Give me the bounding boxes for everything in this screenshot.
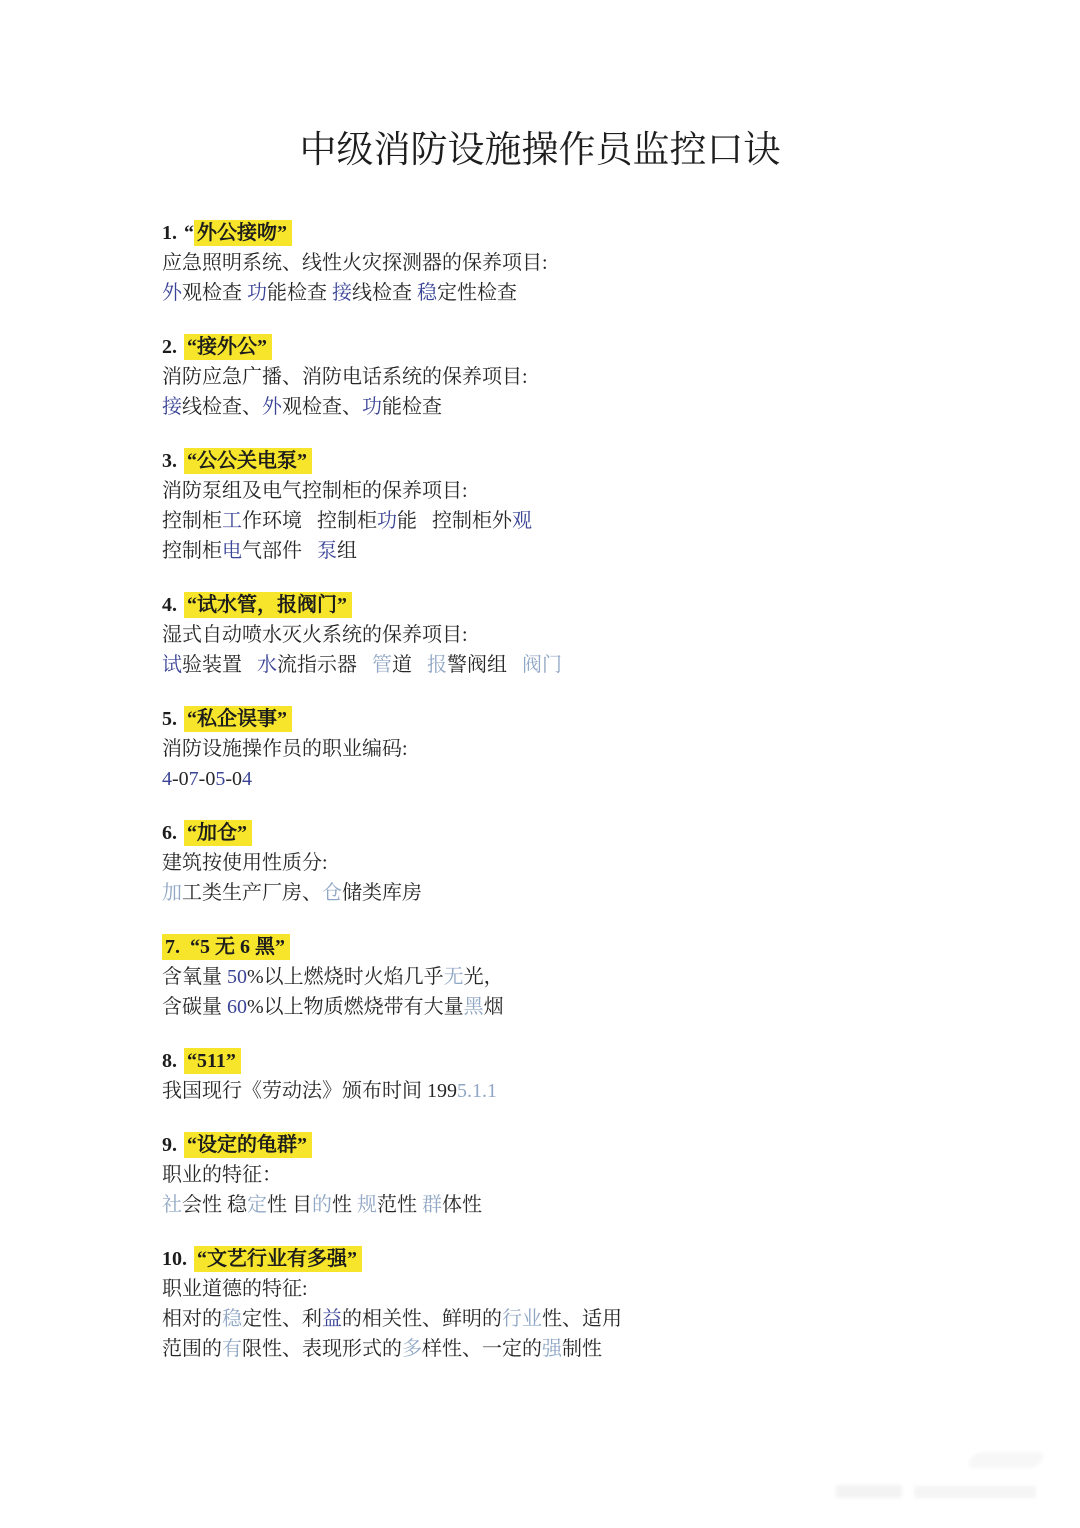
item-header: 10.“文艺行业有多强”: [162, 1244, 1040, 1274]
text-segment: 含氧量: [162, 966, 227, 988]
emphasis-char: 管: [372, 654, 392, 676]
item-number: 9.: [162, 1134, 177, 1156]
item-number: 4.: [162, 594, 177, 616]
text-segment: 制性: [562, 1338, 602, 1360]
mnemonic-highlight: “接外公”: [184, 334, 272, 360]
text-segment: -0: [225, 768, 242, 790]
text-segment: 线检查: [352, 282, 417, 304]
item-line: 社会性 稳定性 目的性 规范性 群体性: [162, 1190, 1040, 1220]
item-number: 1.: [162, 222, 177, 244]
emphasis-char: 黑: [464, 996, 484, 1018]
item-number: 6.: [162, 822, 177, 844]
text-segment: 应急照明系统、线性火灾探测器的保养项目:: [162, 252, 548, 274]
emphasis-char: 4: [242, 768, 252, 790]
text-segment: 建筑按使用性质分:: [162, 852, 328, 874]
item-line: 我国现行《劳动法》颁布时间 1995.1.1: [162, 1076, 1040, 1106]
mnemonic-item: 1.“外公接吻” 应急照明系统、线性火灾探测器的保养项目:外观检查 功能检查 接…: [162, 218, 1040, 308]
emphasis-char: 外: [262, 396, 282, 418]
text-segment: 警阀组: [447, 654, 522, 676]
text-segment: 能检查: [267, 282, 332, 304]
text-segment: 的相关性、鲜明的: [342, 1308, 502, 1330]
text-segment: 消防应急广播、消防电话系统的保养项目:: [162, 366, 528, 388]
item-line: 控制柜电气部件 泵组: [162, 536, 1040, 566]
mnemonic-highlight: “设定的龟群”: [184, 1132, 312, 1158]
item-number: 5.: [162, 708, 177, 730]
text-segment: 性: [332, 1194, 357, 1216]
item-line: 消防应急广播、消防电话系统的保养项目:: [162, 362, 1040, 392]
item-number: 10.: [162, 1248, 187, 1270]
text-segment: 线检查、: [182, 396, 262, 418]
text-segment: 能检查: [382, 396, 442, 418]
emphasis-char: 功: [377, 510, 397, 532]
emphasis-char: 60: [227, 996, 247, 1018]
page-title: 中级消防设施操作员监控口诀: [0, 0, 1080, 176]
mnemonic-highlight: “公公关电泵”: [184, 448, 312, 474]
text-segment: 烟: [484, 996, 504, 1018]
item-line: 含碳量 60%以上物质燃烧带有大量黑烟: [162, 992, 1040, 1022]
text-segment: 控制柜: [317, 510, 377, 532]
item-header: 6.“加仓”: [162, 818, 1040, 848]
text-segment: 流指示器: [277, 654, 372, 676]
text-segment: 性 目: [267, 1194, 312, 1216]
item-line: 含氧量 50%以上燃烧时火焰几乎无光，: [162, 962, 1040, 992]
mnemonic-list: 1.“外公接吻” 应急照明系统、线性火灾探测器的保养项目:外观检查 功能检查 接…: [0, 176, 1080, 1364]
item-line: 外观检查 功能检查 接线检查 稳定性检查: [162, 278, 1040, 308]
item-line: 接线检查、外观检查、功能检查: [162, 392, 1040, 422]
emphasis-char: 规: [357, 1194, 377, 1216]
item-line: 消防设施操作员的职业编码:: [162, 734, 1040, 764]
emphasis-char: 7: [189, 768, 199, 790]
item-header: 4.“试水管，报阀门”: [162, 590, 1040, 620]
item-header: 9.“设定的龟群”: [162, 1130, 1040, 1160]
item-header: 8.“511”: [162, 1046, 1040, 1076]
mnemonic-item: 4.“试水管，报阀门” 湿式自动喷水灭火系统的保养项目:试验装置 水流指示器 管…: [162, 590, 1040, 680]
watermark-text-cn: [836, 1485, 902, 1498]
mnemonic-highlight: “511”: [184, 1048, 241, 1074]
item-header: 7. “5 无 6 黑”: [162, 932, 1040, 962]
mnemonic-item: 5.“私企误事” 消防设施操作员的职业编码:4-07-05-04: [162, 704, 1040, 794]
document-page: 中级消防设施操作员监控口诀 1.“外公接吻” 应急照明系统、线性火灾探测器的保养…: [0, 0, 1080, 1528]
text-segment: 范性: [377, 1194, 422, 1216]
mnemonic-item: 10.“文艺行业有多强” 职业道德的特征:相对的稳定性、利益的相关性、鲜明的行业…: [162, 1244, 1040, 1364]
emphasis-char: 功: [247, 282, 267, 304]
emphasis-char: 行业: [502, 1308, 542, 1330]
emphasis-char: 加: [162, 882, 182, 904]
item-line: 建筑按使用性质分:: [162, 848, 1040, 878]
item-number: 3.: [162, 450, 177, 472]
text-segment: 消防泵组及电气控制柜的保养项目:: [162, 480, 468, 502]
text-segment: 控制柜: [162, 510, 222, 532]
text-segment: 范围的: [162, 1338, 222, 1360]
text-segment: -0: [172, 768, 189, 790]
item-line: 相对的稳定性、利益的相关性、鲜明的行业性、适用: [162, 1304, 1040, 1334]
emphasis-char: 电: [222, 540, 242, 562]
mnemonic-highlight: “文艺行业有多强”: [194, 1246, 362, 1272]
emphasis-char: 报: [427, 654, 447, 676]
emphasis-char: 的: [312, 1194, 332, 1216]
emphasis-char: 5: [215, 768, 225, 790]
mnemonic-highlight: “试水管，报阀门”: [184, 592, 352, 618]
emphasis-char: 外: [162, 282, 182, 304]
emphasis-char: 5.1.1: [457, 1080, 497, 1102]
mnemonic-highlight: “私企误事”: [184, 706, 292, 732]
text-segment: 我国现行《劳动法》颁布时间 199: [162, 1080, 457, 1102]
text-segment: 观检查: [182, 282, 247, 304]
text-segment: 会性 稳: [182, 1194, 247, 1216]
item-line: 湿式自动喷水灭火系统的保养项目:: [162, 620, 1040, 650]
emphasis-char: 社: [162, 1194, 182, 1216]
emphasis-char: 接: [332, 282, 352, 304]
emphasis-char: 群: [422, 1194, 442, 1216]
mnemonic-highlight: 外公接吻”: [194, 220, 292, 246]
text-segment: 职业道德的特征:: [162, 1278, 308, 1300]
text-segment: 定性、利: [242, 1308, 322, 1330]
text-segment: 定性检查: [437, 282, 517, 304]
emphasis-char: 仓: [322, 882, 342, 904]
text-segment: 性、适用: [542, 1308, 622, 1330]
text-segment: 气部件: [242, 540, 317, 562]
text-segment: 体性: [442, 1194, 482, 1216]
text-segment: -0: [199, 768, 216, 790]
emphasis-char: 强: [542, 1338, 562, 1360]
item-line: 加工类生产厂房、仓储类库房: [162, 878, 1040, 908]
text-segment: 样性、一定的: [422, 1338, 542, 1360]
text-segment: 光，: [464, 966, 504, 988]
text-segment: 控制柜外: [432, 510, 512, 532]
text-segment: 湿式自动喷水灭火系统的保养项目:: [162, 624, 468, 646]
text-segment: 限性、表现形式的: [242, 1338, 402, 1360]
text-segment: 观检查、: [282, 396, 362, 418]
emphasis-char: 水: [257, 654, 277, 676]
item-line: 4-07-05-04: [162, 764, 1040, 794]
quote-mark: “: [184, 222, 194, 244]
item-header: 2.“接外公”: [162, 332, 1040, 362]
emphasis-char: 泵: [317, 540, 337, 562]
emphasis-char: 试: [162, 654, 182, 676]
item-line: 范围的有限性、表现形式的多样性、一定的强制性: [162, 1334, 1040, 1364]
mnemonic-highlight: 7. “5 无 6 黑”: [162, 934, 290, 960]
mnemonic-item: 7. “5 无 6 黑” 含氧量 50%以上燃烧时火焰几乎无光，含碳量 60%以…: [162, 932, 1040, 1022]
text-segment: 相对的: [162, 1308, 222, 1330]
item-line: 控制柜工作环境 控制柜功能 控制柜外观: [162, 506, 1040, 536]
mnemonic-item: 3.“公公关电泵” 消防泵组及电气控制柜的保养项目:控制柜工作环境 控制柜功能 …: [162, 446, 1040, 566]
emphasis-char: 工: [222, 510, 242, 532]
item-line: 试验装置 水流指示器 管道 报警阀组 阀门: [162, 650, 1040, 680]
emphasis-char: 4: [162, 768, 172, 790]
mnemonic-item: 8.“511” 我国现行《劳动法》颁布时间 1995.1.1: [162, 1046, 1040, 1106]
item-line: 应急照明系统、线性火灾探测器的保养项目:: [162, 248, 1040, 278]
watermark-text-latin: [914, 1486, 1036, 1498]
item-line: 职业的特征：: [162, 1160, 1040, 1190]
text-segment: 组: [337, 540, 357, 562]
emphasis-char: 阀门: [522, 654, 562, 676]
item-header: 3.“公公关电泵”: [162, 446, 1040, 476]
item-number: 2.: [162, 336, 177, 358]
item-header: 1.“外公接吻”: [162, 218, 1040, 248]
emphasis-char: 无: [444, 966, 464, 988]
mnemonic-item: 9.“设定的龟群” 职业的特征：社会性 稳定性 目的性 规范性 群体性: [162, 1130, 1040, 1220]
emphasis-char: 多: [402, 1338, 422, 1360]
text-segment: %以上物质燃烧带有大量: [247, 996, 464, 1018]
text-segment: 验装置: [182, 654, 257, 676]
emphasis-char: 功: [362, 396, 382, 418]
item-line: 职业道德的特征:: [162, 1274, 1040, 1304]
emphasis-char: 接: [162, 396, 182, 418]
text-segment: 工类生产厂房、: [182, 882, 322, 904]
text-segment: 消防设施操作员的职业编码:: [162, 738, 408, 760]
watermark: [836, 1452, 1056, 1512]
emphasis-char: 定: [247, 1194, 267, 1216]
mnemonic-item: 2.“接外公” 消防应急广播、消防电话系统的保养项目:接线检查、外观检查、功能检…: [162, 332, 1040, 422]
item-header: 5.“私企误事”: [162, 704, 1040, 734]
text-segment: 储类库房: [342, 882, 422, 904]
emphasis-char: 稳: [222, 1308, 242, 1330]
text-segment: 含碳量: [162, 996, 227, 1018]
mnemonic-highlight: “加仓”: [184, 820, 252, 846]
text-segment: 职业的特征：: [162, 1164, 282, 1186]
emphasis-char: 稳: [417, 282, 437, 304]
mnemonic-item: 6.“加仓” 建筑按使用性质分:加工类生产厂房、仓储类库房: [162, 818, 1040, 908]
watermark-logo: [966, 1452, 1047, 1468]
item-number: 8.: [162, 1050, 177, 1072]
emphasis-char: 有: [222, 1338, 242, 1360]
text-segment: 道: [392, 654, 427, 676]
text-segment: 能: [397, 510, 432, 532]
emphasis-char: 益: [322, 1308, 342, 1330]
text-segment: 控制柜: [162, 540, 222, 562]
emphasis-char: 观: [512, 510, 532, 532]
emphasis-char: 50: [227, 966, 247, 988]
text-segment: %以上燃烧时火焰几乎: [247, 966, 444, 988]
text-segment: 作环境: [242, 510, 317, 532]
item-line: 消防泵组及电气控制柜的保养项目:: [162, 476, 1040, 506]
